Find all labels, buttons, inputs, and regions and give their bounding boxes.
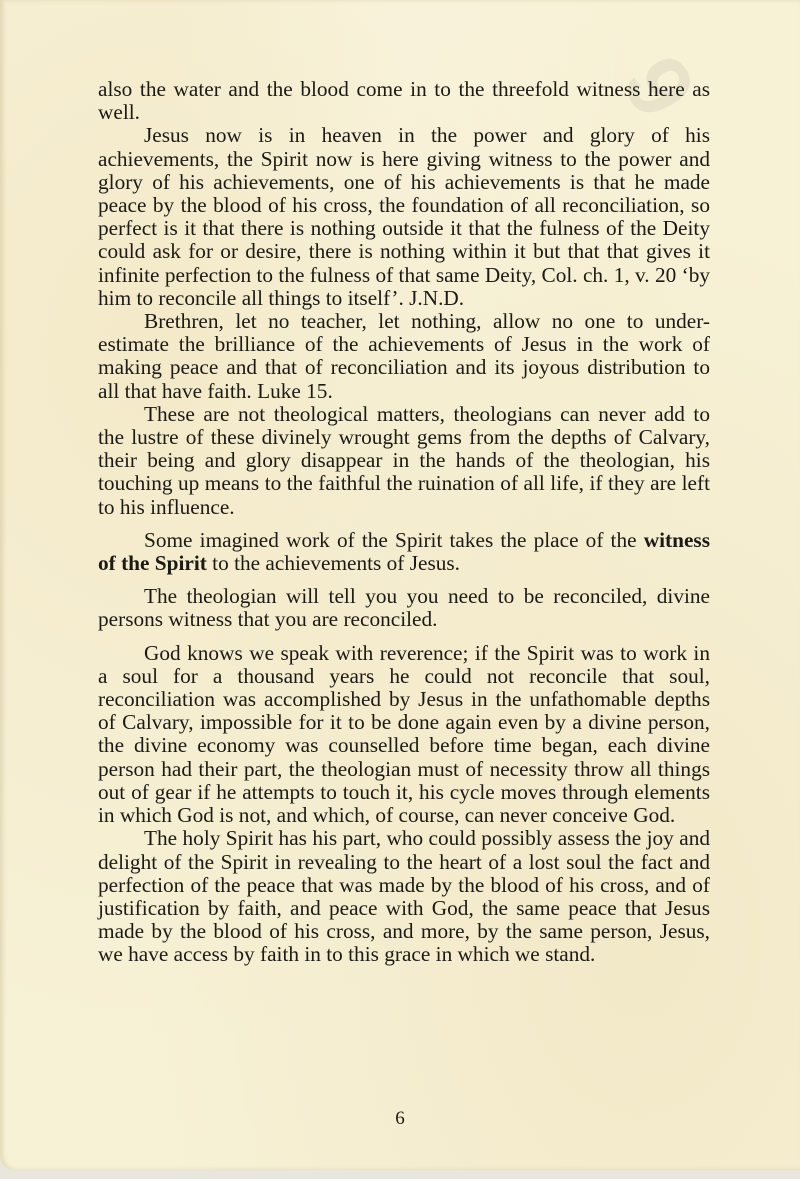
paragraph-continuation: also the water and the blood come in to … [98, 78, 710, 124]
paragraph-brethren: Brethren, let no teacher, let nothing, a… [98, 310, 710, 403]
paragraph-jesus-in-heaven: Jesus now is in heaven in the power and … [98, 124, 710, 310]
paragraph-theologian-reconciled: The theologian will tell you you need to… [98, 585, 710, 631]
document-page: 9 also the water and the blood come in t… [0, 0, 800, 1170]
paragraph-theological-matters: These are not theological matters, theol… [98, 403, 710, 519]
paragraph-god-knows: God knows we speak with reverence; if th… [98, 642, 710, 828]
body-text: also the water and the blood come in to … [98, 78, 710, 967]
paragraph-holy-spirit: The holy Spirit has his part, who could … [98, 827, 710, 966]
paragraph-imagined-work: Some imagined work of the Spirit takes t… [98, 529, 710, 575]
paragraph-text: to the achievements of Jesus. [207, 551, 460, 575]
page-number: 6 [0, 1108, 800, 1130]
paragraph-text: Some imagined work of the Spirit takes t… [144, 528, 644, 552]
